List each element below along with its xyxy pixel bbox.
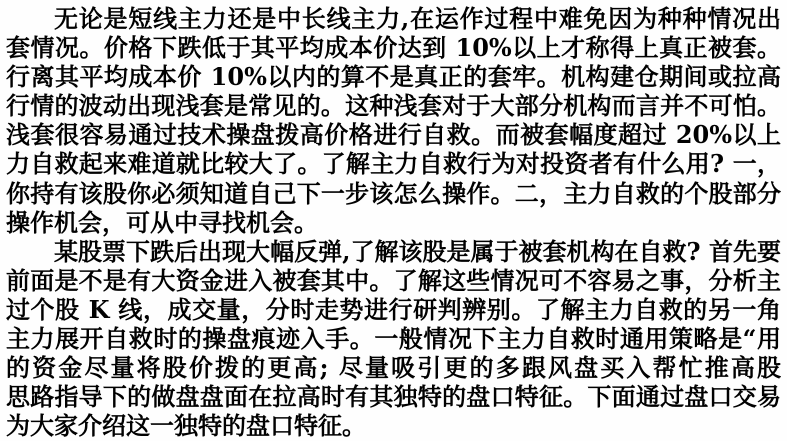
text-line: 为大家介绍这一独特的盘口特征。: [6, 411, 781, 440]
text-line: 前面是不是有大资金进入被套其中。了解这些情况可不容易之事，分析主要通: [6, 266, 781, 295]
text-line: 力自救起来难道就比较大了。了解主力自救行为对投资者有什么用? 一，如果: [6, 149, 781, 178]
text-line: 过个股 K 线，成交量，分时走势进行研判辨别。了解主力自救的另一角度可从: [6, 295, 781, 324]
text-line: 操作机会，可从中寻找机会。: [6, 208, 781, 237]
text-line: 某股票下跌后出现大幅反弹,了解该股是属于被套机构在自救? 首先要了解: [6, 237, 781, 266]
text-line: 浅套很容易通过技术操盘拨高价格进行自救。而被套幅度超过 20%以上的，主: [6, 120, 781, 149]
text-line: 行情的波动出现浅套是常见的。这种浅套对于大部分机构而言并不可怕。因为: [6, 91, 781, 120]
document-page: 无论是短线主力还是中长线主力,在运作过程中难免因为种种情况出现暂被 套情况。价格…: [0, 0, 787, 441]
text-line: 无论是短线主力还是中长线主力,在运作过程中难免因为种种情况出现暂被: [6, 4, 781, 33]
text-line: 思路指导下的做盘盘面在拉高时有其独特的盘口特征。下面通过盘口交易细节: [6, 382, 781, 411]
text-line: 主力展开自救时的操盘痕迹入手。一般情况下主力自救时通用策略是“用较少: [6, 324, 781, 353]
text-line: 行离其平均成本价 10%以内的算不是真正的套牢。机构建仓期间或拉高前，因: [6, 62, 781, 91]
text-line: 套情况。价格下跌低于其平均成本价达到 10%以上才称得上真正被套。价格下: [6, 33, 781, 62]
text-line: 的资金尽量将股价拨的更高; 尽量吸引更的多跟风盘买入帮忙推高股价”。这种: [6, 353, 781, 382]
text-line: 你持有该股你必须知道自己下一步该怎么操作。二，主力自救的个股部分存在: [6, 179, 781, 208]
